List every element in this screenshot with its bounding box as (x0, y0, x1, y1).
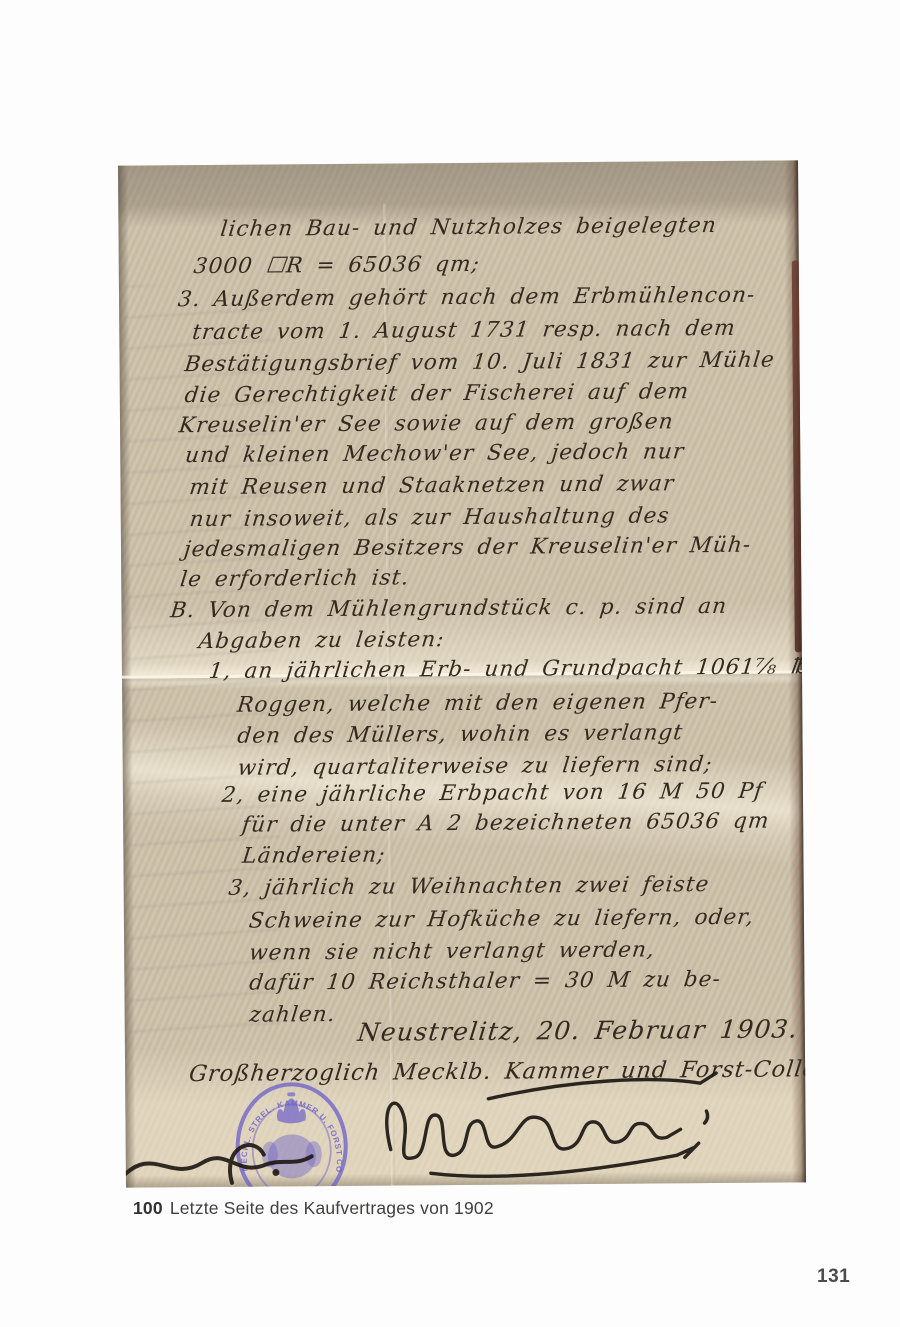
partial-signature-ink (118, 1134, 314, 1187)
handwriting-line: Abgaben zu leisten: (197, 627, 446, 654)
dateline: Neustrelitz, 20. Februar 1903. (356, 1014, 800, 1046)
handwriting-line: 3. Außerdem gehört nach dem Erbmühlencon… (177, 283, 757, 313)
handwriting-line: mit Reusen und Staaknetzen und zwar (188, 471, 676, 500)
handwriting-line: für die unter A 2 bezeichneten 65036 qm (241, 809, 771, 838)
page-number: 131 (817, 1266, 850, 1288)
handwriting-line: Roggen, welche mit den eigenen Pfer- (236, 689, 720, 718)
handwriting-line: tracte vom 1. August 1731 resp. nach dem (191, 316, 737, 345)
handwriting-line: Bestätigungsbrief vom 10. Juli 1831 zur … (183, 348, 776, 378)
handwriting-line: zahlen. (248, 1002, 337, 1028)
handwriting-line: lichen Bau- und Nutzholzes beigelegten (219, 213, 718, 242)
document-photo: lichen Bau- und Nutzholzes beigelegten30… (118, 160, 806, 1187)
handwriting-line: wenn sie nicht verlangt werden, (248, 937, 657, 965)
caption-number: 100 (133, 1198, 163, 1218)
handwriting-line: wird, quartaliterweise zu liefern sind; (236, 752, 714, 781)
handwriting-line: 3, jährlich zu Weihnachten zwei feiste (227, 872, 711, 901)
book-page: lichen Bau- und Nutzholzes beigelegten30… (0, 0, 900, 1327)
handwriting-line: Ländereien; (241, 843, 387, 869)
handwriting-text: lichen Bau- und Nutzholzes beigelegten30… (118, 160, 798, 165)
handwriting-line: 2, eine jährliche Erbpacht von 16 M 50 P… (221, 779, 765, 808)
caption-text: Letzte Seite des Kaufvertrages von 1902 (170, 1198, 494, 1218)
handwriting-line: dafür 10 Reichsthaler = 30 M zu be- (248, 967, 722, 996)
handwriting-line: 3000 ☐R = 65036 qm; (192, 252, 481, 279)
handwriting-line: le erforderlich ist. (179, 565, 411, 592)
handwriting-line: und kleinen Mechow'er See, jedoch nur (184, 439, 686, 468)
handwriting-line: jedesmaligen Besitzers der Kreuselin'er … (183, 533, 753, 562)
handwriting-line: den des Müllers, wohin es verlangt (236, 720, 685, 749)
handwriting-line: Kreuselin'er See sowie auf dem großen (178, 409, 675, 438)
book-edge-strip (792, 260, 802, 652)
handwriting-line: 1, an jährlichen Erb- und Grundpacht 106… (208, 654, 806, 684)
handwriting-line: B. Von dem Mühlengrundstück c. p. sind a… (169, 594, 729, 623)
signature-ink (370, 1069, 723, 1188)
handwriting-line: die Gerechtigkeit der Fischerei auf dem (183, 379, 690, 408)
handwriting-line: Schweine zur Hofküche zu liefern, oder, (247, 905, 755, 934)
photo-caption: 100Letzte Seite des Kaufvertrages von 19… (133, 1198, 494, 1219)
handwriting-line: nur insoweit, als zur Haushaltung des (188, 503, 671, 532)
